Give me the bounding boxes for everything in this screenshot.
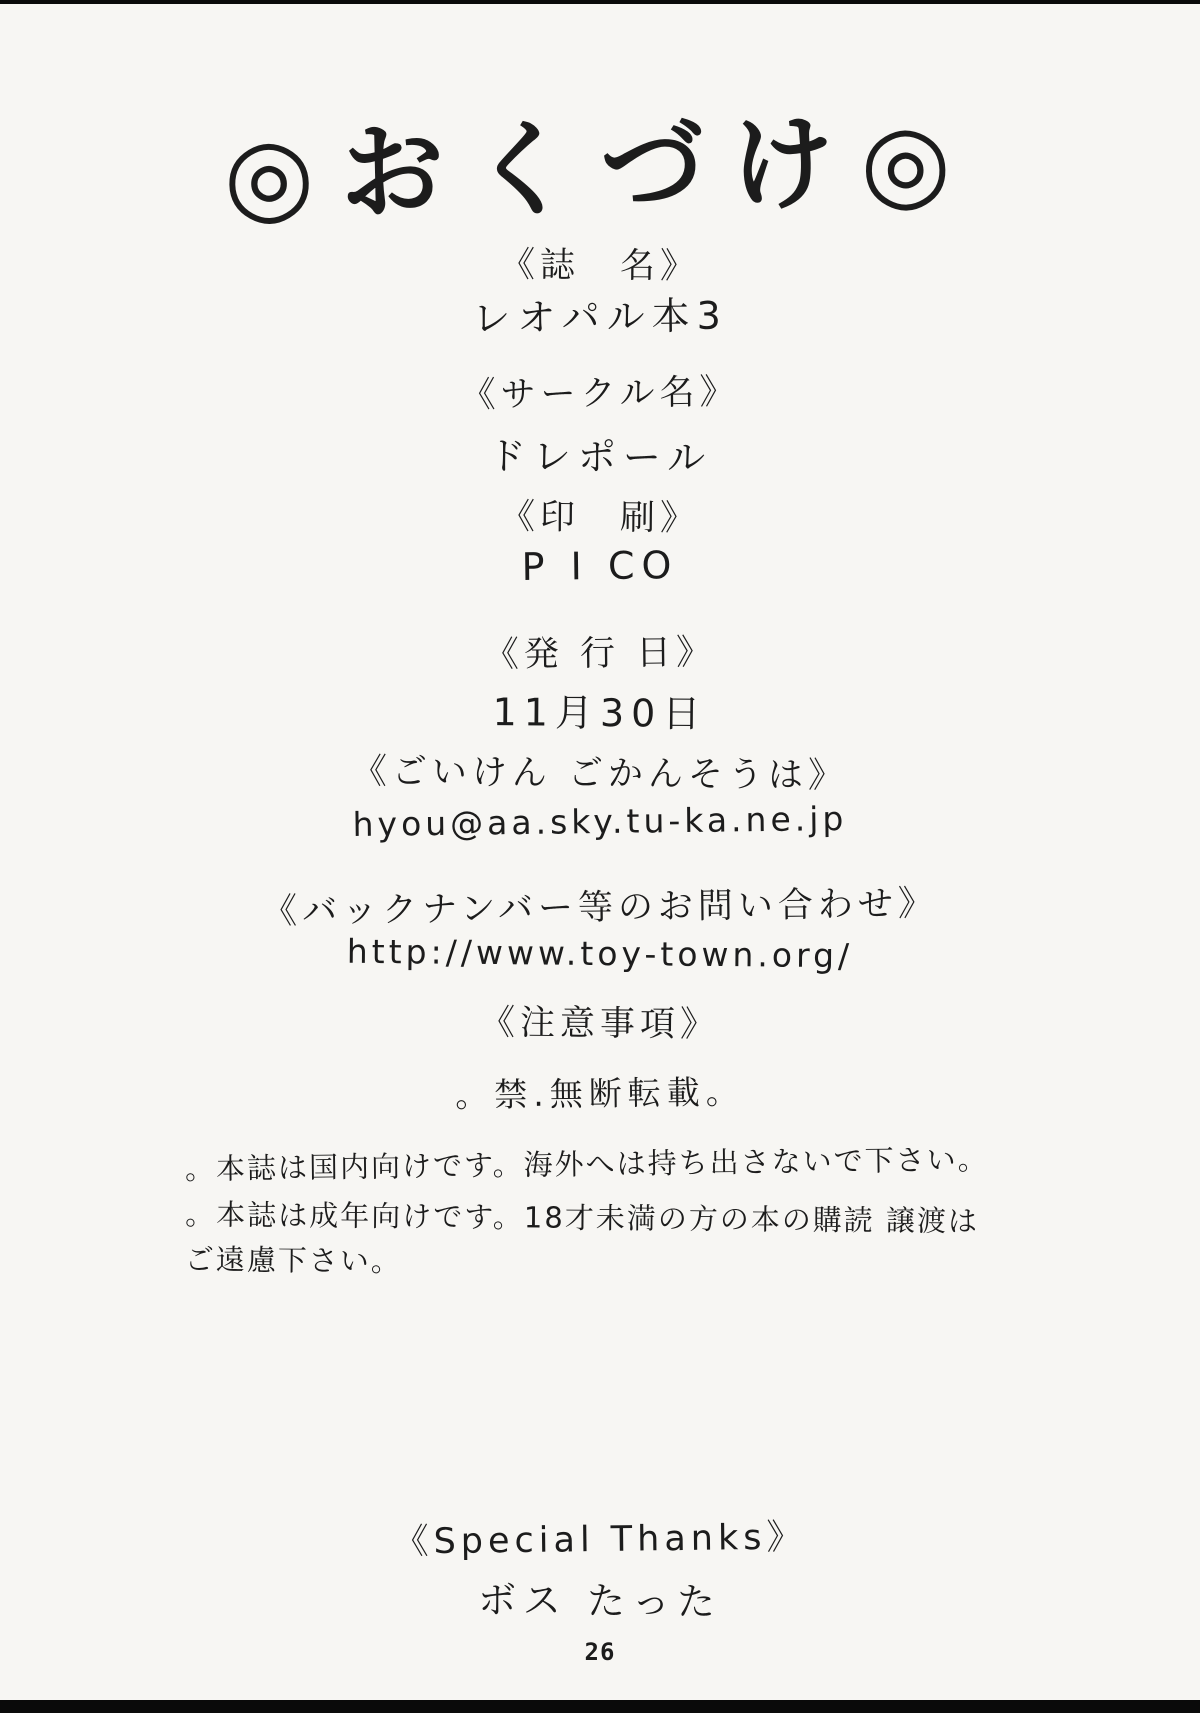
scan-edge-top (0, 0, 1200, 4)
section-value-printer: P I CO (0, 537, 1200, 596)
section-heading-feedback: 《ごいけん ごかんそうは》 (0, 741, 1200, 801)
note-no-reproduction: 。禁.無断転載。 (0, 1061, 1200, 1123)
section-heading-circle-name: 《サークル名》 (0, 359, 1200, 424)
note-domestic-only: 。本誌は国内向けです。海外へは持ち出さないで下さい。 (185, 1137, 1015, 1192)
page-number: 26 (0, 1638, 1200, 1666)
section-value-circle-name: ドレポール (0, 421, 1200, 486)
section-heading-publish-date: 《発 行 日》 (0, 619, 1200, 684)
scan-edge-bottom (0, 1700, 1200, 1713)
section-heading-backnumber: 《バックナンバー等のお問い合わせ》 (0, 873, 1200, 938)
section-value-book-title: レオパル本3 (0, 279, 1200, 349)
section-value-backnumber-url: http://www.toy-town.org/ (0, 929, 1200, 978)
colophon-page: ◎おくづけ◎ 《誌 名》 レオパル本3 《サークル名》 ドレポール 《印 刷》 … (0, 0, 1200, 1713)
section-value-publish-date: 11月30日 (0, 677, 1200, 742)
note-adults-only: 。本誌は成年向けです。18才未満の方の本の購読 譲渡は ご遠慮下さい。 (185, 1192, 1016, 1289)
section-value-feedback-email: hyou@aa.sky.tu-ka.ne.jp (0, 795, 1200, 849)
page-title: ◎おくづけ◎ (0, 71, 1200, 246)
thanks-value: ボス たった (0, 1565, 1200, 1630)
thanks-heading: 《Special Thanks》 (0, 1505, 1200, 1570)
section-heading-printer: 《印 刷》 (0, 485, 1200, 545)
notes-heading: 《注意事項》 (0, 991, 1200, 1051)
